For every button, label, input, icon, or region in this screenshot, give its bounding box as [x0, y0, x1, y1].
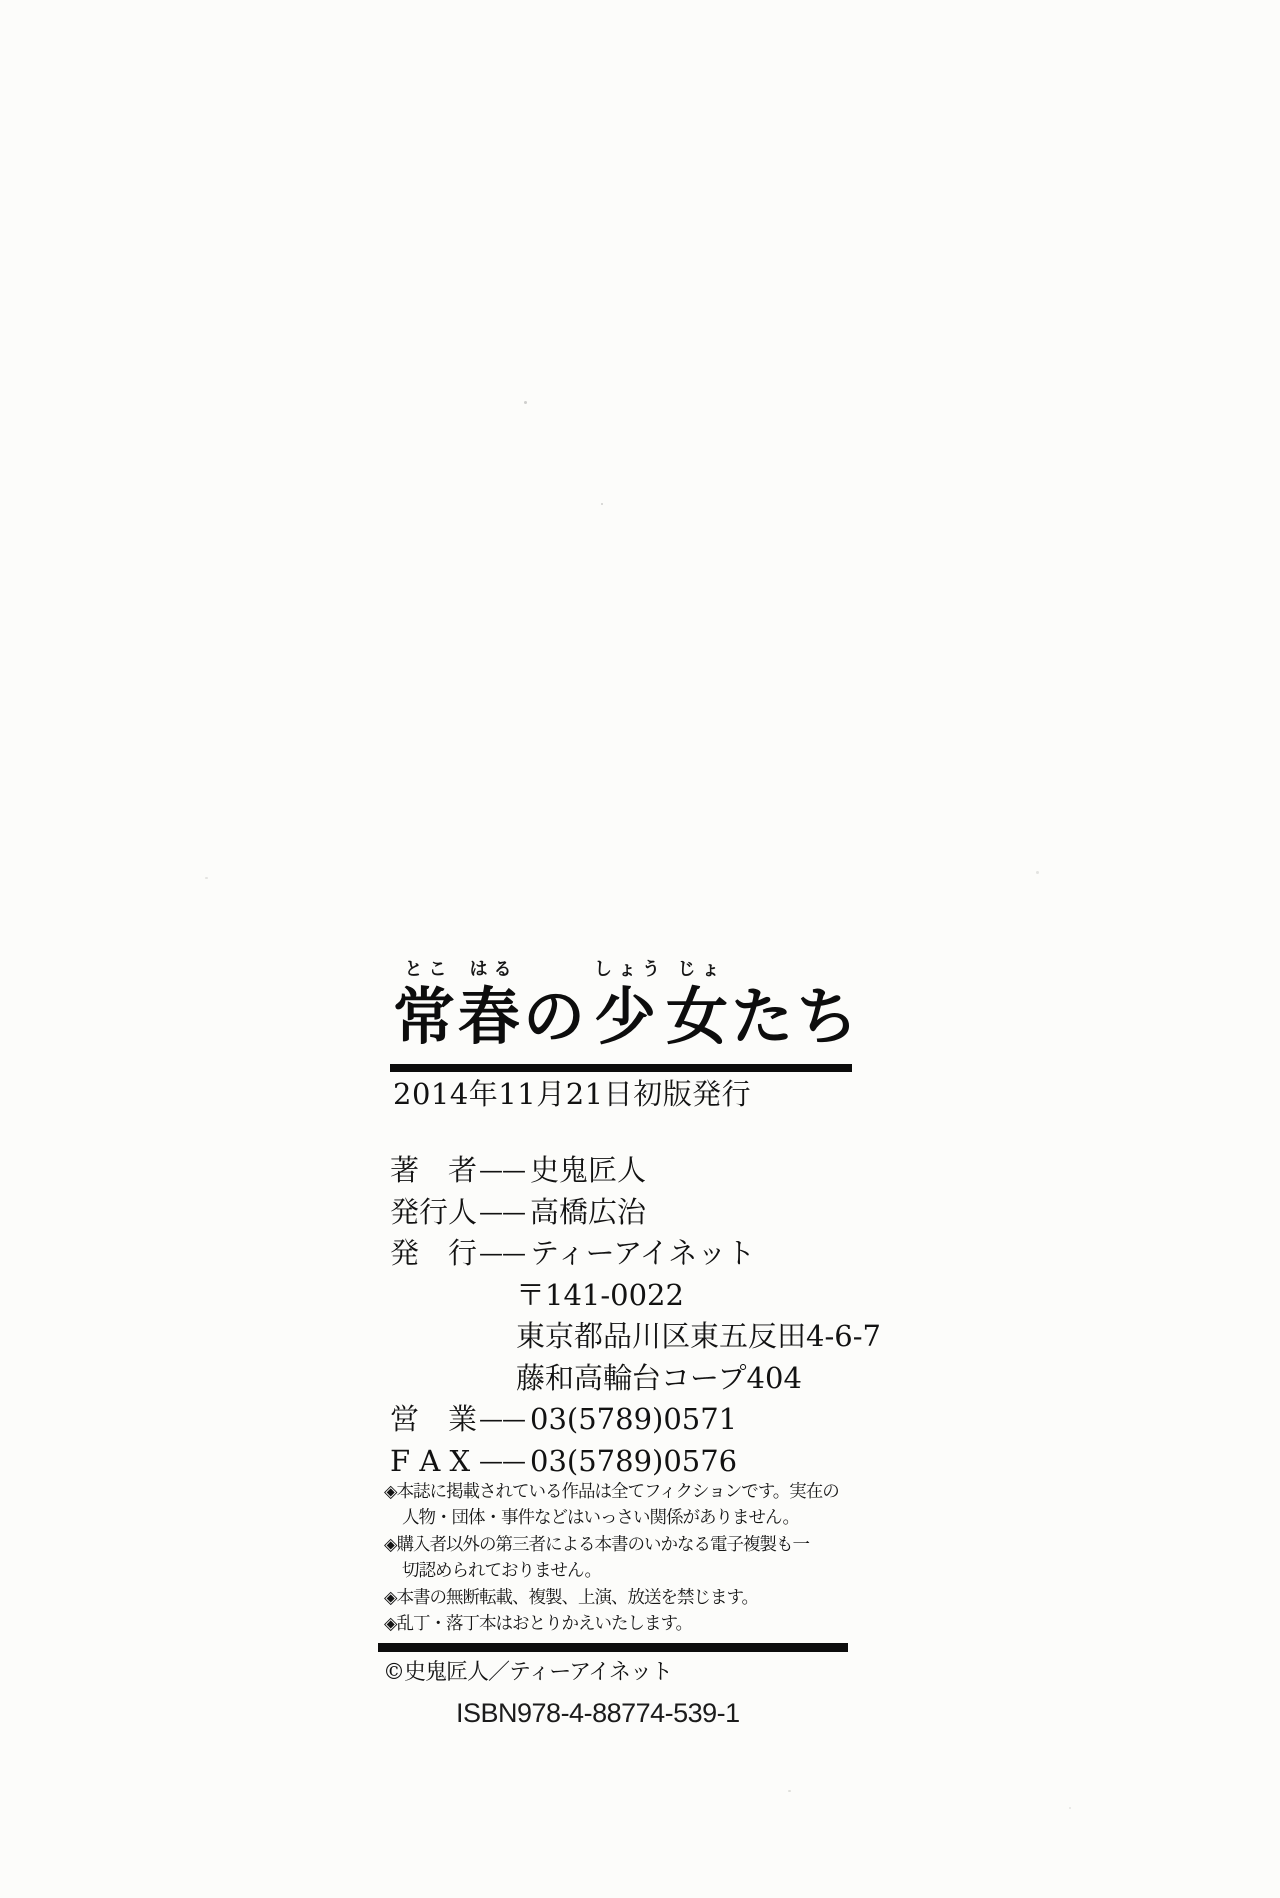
title-segment: の: [523, 956, 588, 1050]
notice-line: 人物・団体・事件などはいっさい関係がありません。: [384, 1505, 839, 1531]
address-building: 藤和高輪台コープ404: [390, 1358, 881, 1400]
contact-value: 03(5789)0571: [530, 1402, 737, 1436]
scan-speck: [1036, 871, 1039, 874]
scan-speck: [1069, 1807, 1071, 1809]
notice-line: ◈本誌に掲載されている作品は全てフィクションです。実在の: [384, 1479, 839, 1505]
credit-label: 発 行: [390, 1233, 478, 1275]
credit-row-publisher-company: 発 行——ティーアイネット: [390, 1233, 881, 1275]
credit-row-publisher-person: 発行人——高橋広治: [390, 1192, 881, 1234]
credit-row-author: 著 者——史鬼匠人: [390, 1150, 881, 1192]
notice-line: ◈購入者以外の第三者による本書のいかなる電子複製も一: [384, 1532, 839, 1558]
credit-value: 高橋広治: [530, 1195, 646, 1229]
title-underline-rule: [390, 1064, 852, 1072]
address-street: 東京都品川区東五反田4-6-7: [390, 1316, 881, 1358]
notice-line: ◈乱丁・落丁本はおとりかえいたします。: [384, 1611, 839, 1637]
title-character: 常: [393, 984, 458, 1050]
contact-row-sales: 営 業——03(5789)0571: [390, 1399, 881, 1441]
publication-info: 著 者——史鬼匠人 発行人——高橋広治 発 行——ティーアイネット 〒141-0…: [390, 1150, 881, 1482]
title-character: 女: [666, 984, 731, 1050]
edition-date: 2014年11月21日初版発行: [393, 1076, 751, 1112]
scan-speck: [788, 1790, 791, 1792]
scan-speck: [205, 877, 208, 879]
title-character: の: [523, 984, 588, 1050]
scan-speck: [601, 503, 603, 505]
copyright-line: ©史鬼匠人／ティーアイネット: [383, 1658, 672, 1688]
title-character: たち: [731, 984, 861, 1050]
book-title-block: とこ 常 はる 春 の しょう 少 じょ 女 たち: [393, 956, 861, 1050]
book-title: とこ 常 はる 春 の しょう 少 じょ 女 たち: [393, 956, 861, 1050]
leader-dash: ——: [479, 1441, 525, 1483]
title-segment: じょ 女: [666, 956, 731, 1050]
isbn-number: ISBN978-4-88774-539-1: [456, 1697, 740, 1729]
leader-dash: ——: [479, 1233, 525, 1275]
colophon-page: とこ 常 はる 春 の しょう 少 じょ 女 たち: [0, 0, 1280, 1898]
leader-dash: ——: [479, 1192, 525, 1234]
title-segment: たち: [731, 956, 861, 1050]
contact-value: 03(5789)0576: [530, 1444, 737, 1478]
credit-value: ティーアイネット: [530, 1236, 755, 1270]
credit-value: 史鬼匠人: [530, 1153, 646, 1187]
title-segment: しょう 少: [588, 956, 666, 1050]
contact-label: F A X: [390, 1441, 478, 1483]
notice-line: ◈本書の無断転載、複製、上演、放送を禁じます。: [384, 1585, 839, 1611]
leader-dash: ——: [479, 1399, 525, 1441]
scan-speck: [524, 401, 527, 404]
credit-label: 著 者: [390, 1150, 478, 1192]
title-character: 少: [595, 984, 660, 1050]
title-segment: はる 春: [458, 956, 523, 1050]
title-segment: とこ 常: [393, 956, 458, 1050]
contact-label: 営 業: [390, 1399, 478, 1441]
title-character: 春: [458, 984, 523, 1050]
legal-notices: ◈本誌に掲載されている作品は全てフィクションです。実在の 人物・団体・事件などは…: [384, 1479, 839, 1637]
credit-label: 発行人: [390, 1192, 478, 1234]
bottom-divider-rule: [378, 1643, 848, 1652]
leader-dash: ——: [479, 1150, 525, 1192]
address-postal-code: 〒141-0022: [390, 1275, 881, 1317]
contact-row-fax: F A X——03(5789)0576: [390, 1441, 881, 1483]
notice-line: 切認められておりません。: [384, 1558, 839, 1584]
